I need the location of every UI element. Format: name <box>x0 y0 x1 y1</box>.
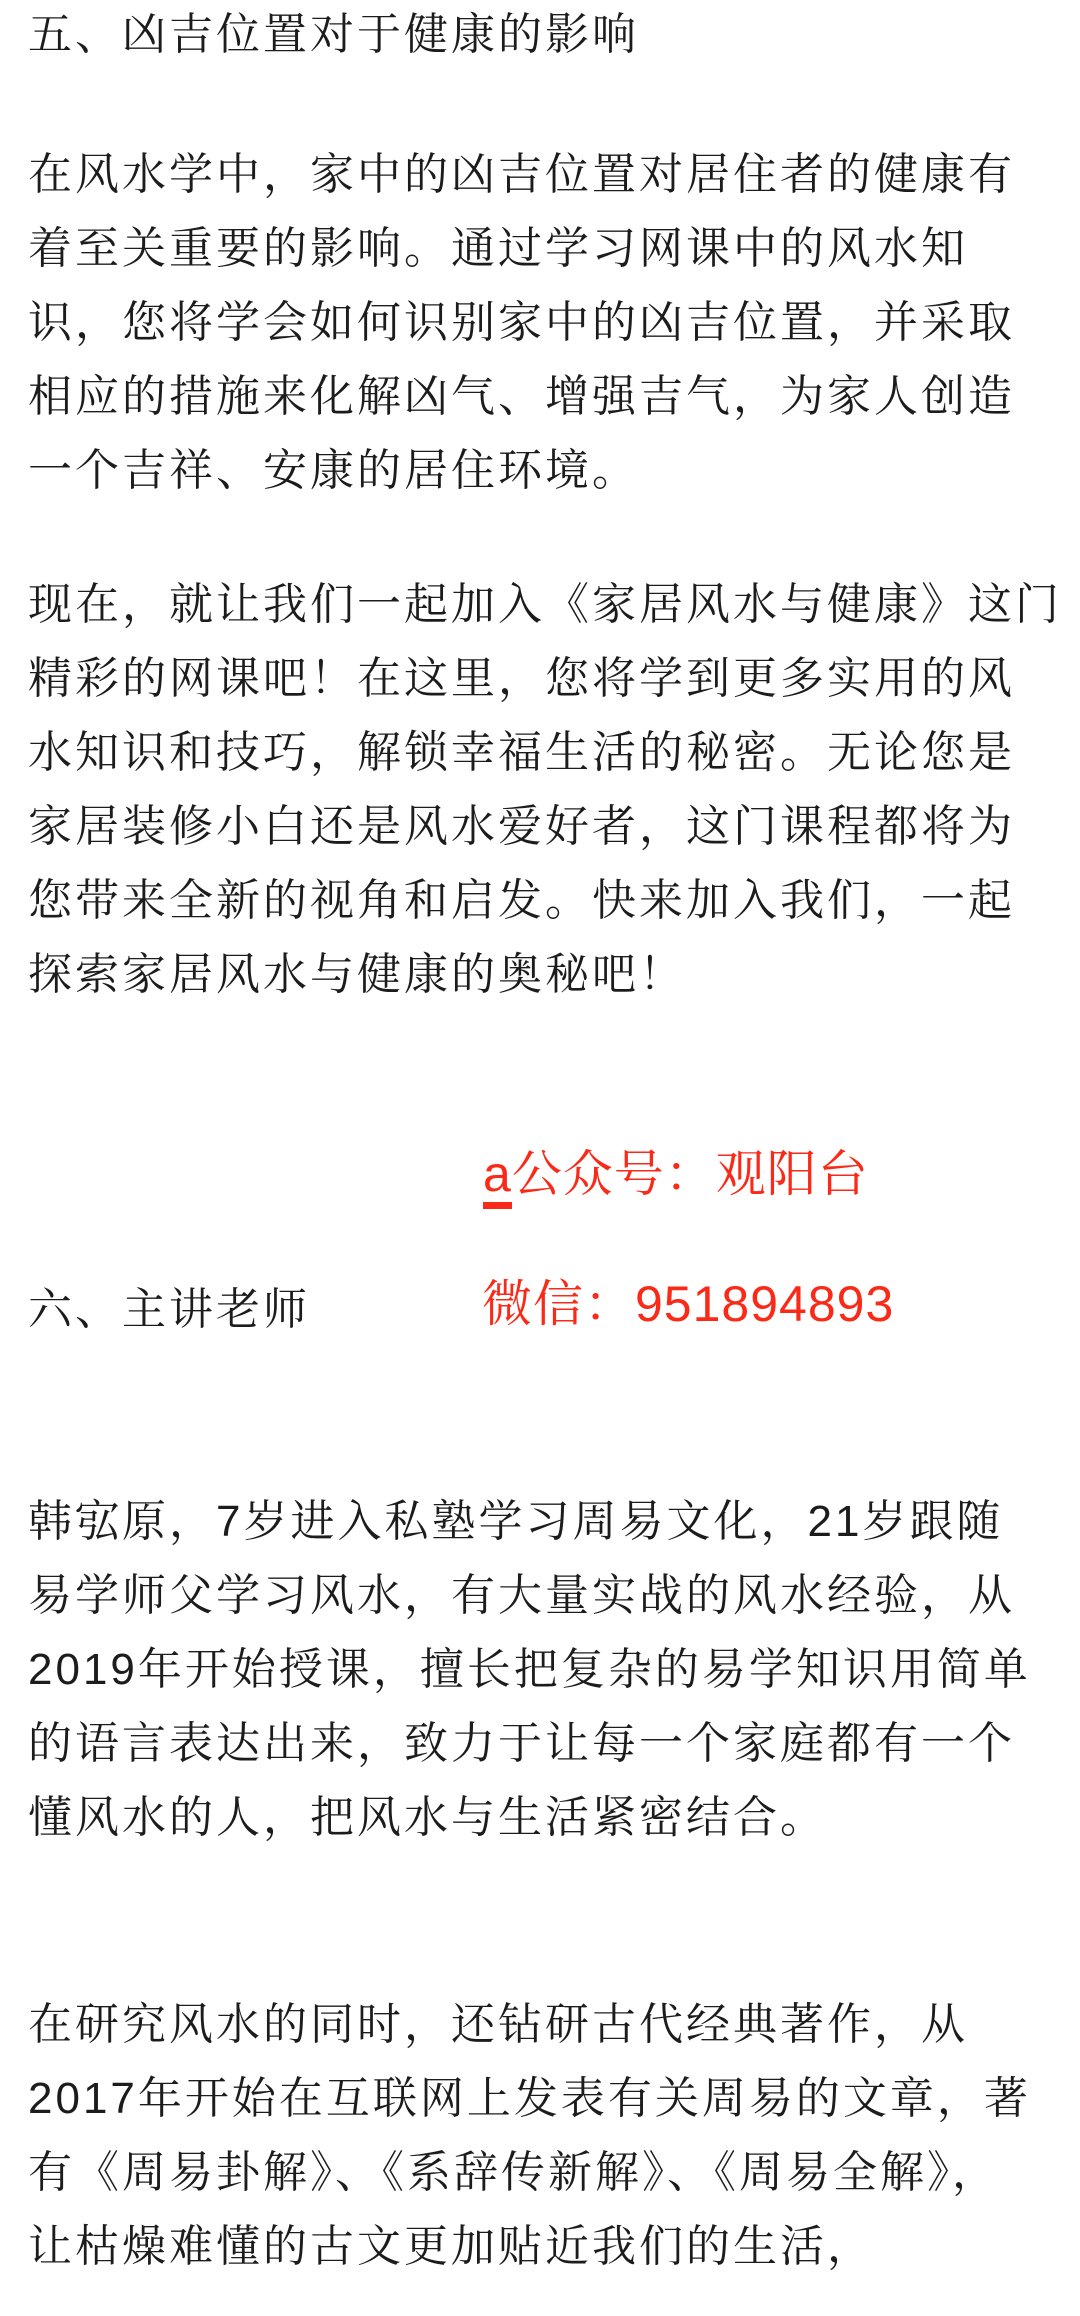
promo-underlined-prefix: a <box>483 1146 512 1209</box>
text-line: 让枯燥难懂的古文更加贴近我们的生活， <box>28 2210 1080 2284</box>
promo-wechat: 微信：951894893 <box>482 1267 894 1341</box>
text-line: 2017年开始在互联网上发表有关周易的文章，著 <box>28 2062 1080 2136</box>
text-line: 识，您将学会如何识别家中的凶吉位置，并采取 <box>28 286 1080 360</box>
paragraph-teacher-works: 在研究风水的同时，还钻研古代经典著作，从2017年开始在互联网上发表有关周易的文… <box>28 1988 1080 2284</box>
text-line: 2019年开始授课，擅长把复杂的易学知识用简单 <box>28 1633 1080 1707</box>
article-page: 五、凶吉位置对于健康的影响 在风水学中，家中的凶吉位置对居住者的健康有着至关重要… <box>0 0 1080 2316</box>
promo-official-account: a公众号：观阳台 <box>483 1137 869 1211</box>
text-line: 精彩的网课吧！在这里，您将学到更多实用的风 <box>28 642 1080 716</box>
paragraph-course-invitation: 现在，就让我们一起加入《家居风水与健康》这门精彩的网课吧！在这里，您将学到更多实… <box>28 568 1080 1012</box>
paragraph-feng-shui-health: 在风水学中，家中的凶吉位置对居住者的健康有着至关重要的影响。通过学习网课中的风水… <box>28 138 1080 508</box>
text-line: 您带来全新的视角和启发。快来加入我们，一起 <box>28 864 1080 938</box>
text-line: 家居装修小白还是风水爱好者，这门课程都将为 <box>28 790 1080 864</box>
text-line: 一个吉祥、安康的居住环境。 <box>28 434 1080 508</box>
text-line: 易学师父学习风水，有大量实战的风水经验，从 <box>28 1559 1080 1633</box>
promo-account-text: 公众号：观阳台 <box>512 1146 869 1202</box>
section5-heading: 五、凶吉位置对于健康的影响 <box>28 0 639 72</box>
paragraph-teacher-bio: 韩宖原，7岁进入私塾学习周易文化，21岁跟随易学师父学习风水，有大量实战的风水经… <box>28 1485 1080 1855</box>
text-line: 的语言表达出来，致力于让每一个家庭都有一个 <box>28 1707 1080 1781</box>
text-line: 有《周易卦解》、《系辞传新解》、《周易全解》， <box>28 2136 1080 2210</box>
text-line: 相应的措施来化解凶气、增强吉气，为家人创造 <box>28 360 1080 434</box>
text-line: 着至关重要的影响。通过学习网课中的风水知 <box>28 212 1080 286</box>
text-line: 现在，就让我们一起加入《家居风水与健康》这门 <box>28 568 1080 642</box>
text-line: 探索家居风水与健康的奥秘吧！ <box>28 938 1080 1012</box>
text-line: 懂风水的人，把风水与生活紧密结合。 <box>28 1781 1080 1855</box>
text-line: 在风水学中，家中的凶吉位置对居住者的健康有 <box>28 138 1080 212</box>
text-line: 在研究风水的同时，还钻研古代经典著作，从 <box>28 1988 1080 2062</box>
section6-heading: 六、主讲老师 <box>28 1273 310 1347</box>
text-line: 韩宖原，7岁进入私塾学习周易文化，21岁跟随 <box>28 1485 1080 1559</box>
text-line: 水知识和技巧，解锁幸福生活的秘密。无论您是 <box>28 716 1080 790</box>
